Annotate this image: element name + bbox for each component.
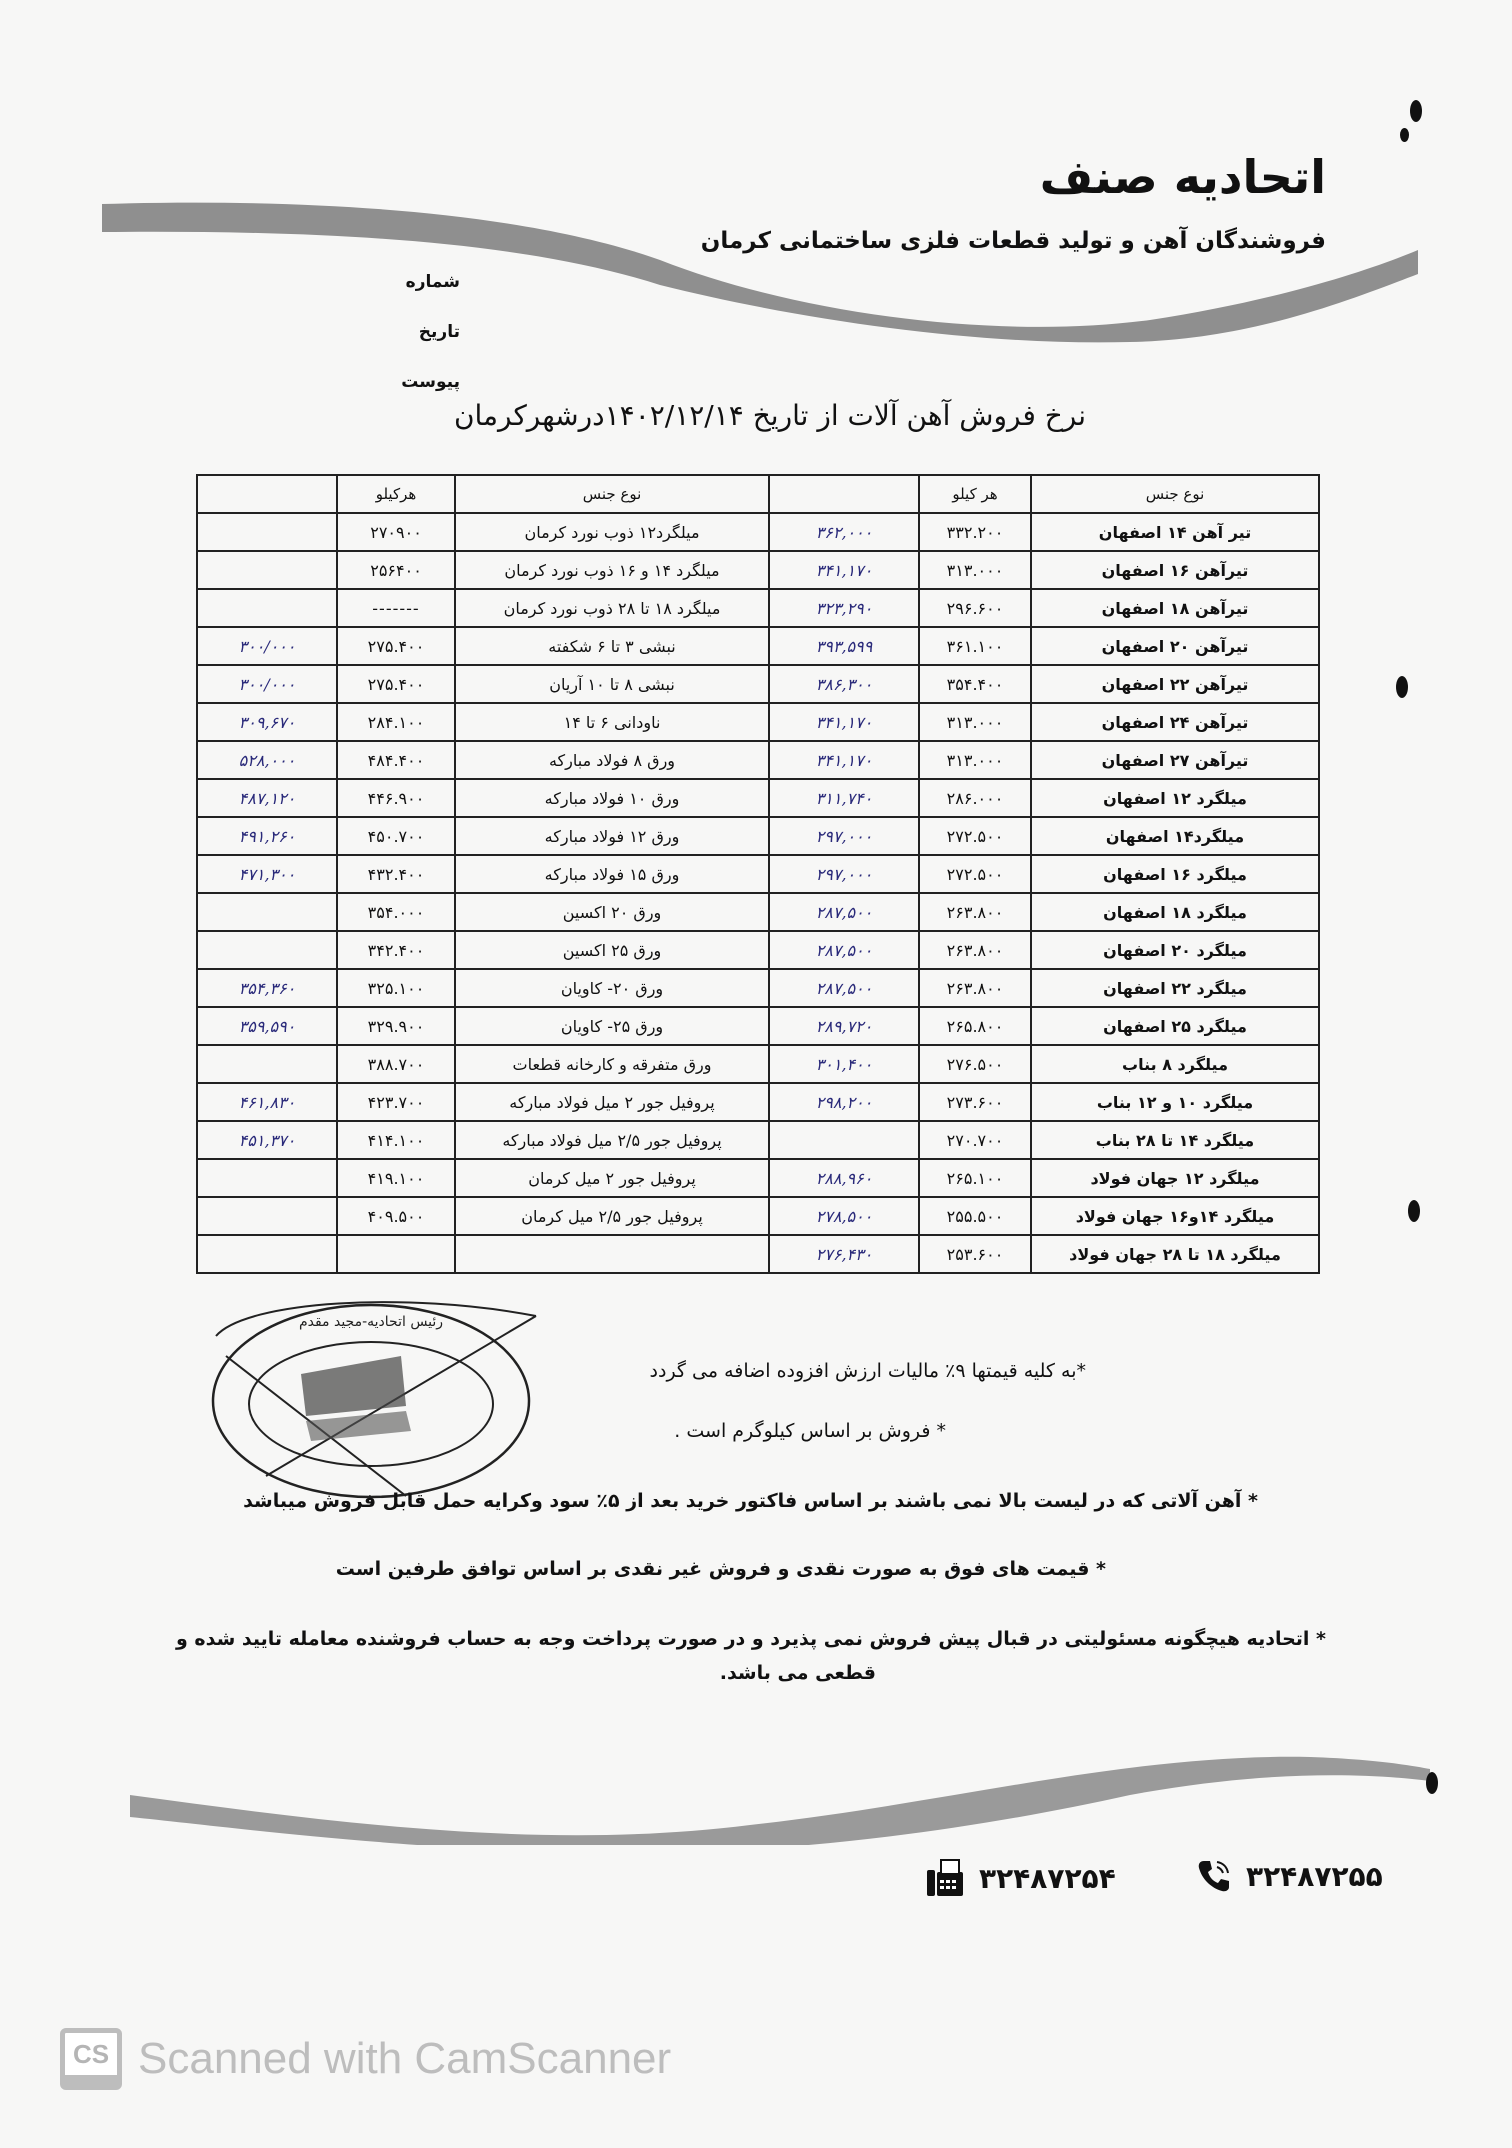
watermark-text: Scanned with CamScanner	[138, 2034, 671, 2084]
fax-number[interactable]: ۳۲۴۸۷۲۵۴	[979, 1862, 1116, 1895]
camscanner-watermark: CS Scanned with CamScanner	[60, 2028, 671, 2090]
per-kilo-price-cell: ۳۱۳.۰۰۰	[919, 703, 1031, 741]
table-row: میلگرد ۸ بناب۲۷۶.۵۰۰۳۰۱,۴۰۰ورق متفرقه و …	[197, 1045, 1319, 1083]
document-title: نرخ فروش آهن آلات از تاریخ ۱۴۰۲/۱۲/۱۴درش…	[420, 398, 1120, 434]
item-name-cell: میلگرد ۲۲ اصفهان	[1031, 969, 1319, 1007]
item-name-cell: تیرآهن ۲۰ اصفهان	[1031, 627, 1319, 665]
handwritten-price-cell: ۳۶۲,۰۰۰	[769, 513, 919, 551]
handwritten-price-cell: ۳۲۳,۲۹۰	[769, 589, 919, 627]
note-cash-prices: * قیمت های فوق به صورت نقدی و فروش غیر ن…	[336, 1558, 1106, 1580]
handwritten-price-cell: ۳۰۰/۰۰۰	[197, 665, 337, 703]
union-stamp: رئیس اتحادیه-مجید مقدم	[206, 1296, 546, 1506]
per-kilo-price-cell: ۲۵۵.۵۰۰	[919, 1197, 1031, 1235]
table-row: میلگرد ۲۵ اصفهان۲۶۵.۸۰۰۲۸۹,۷۲۰ورق ۲۵- کا…	[197, 1007, 1319, 1045]
item-name-cell: ورق متفرقه و کارخانه قطعات	[455, 1045, 769, 1083]
table-row: میلگرد ۱۴و۱۶ جهان فولاد۲۵۵.۵۰۰۲۷۸,۵۰۰پرو…	[197, 1197, 1319, 1235]
note-vat: *به کلیه قیمتها ۹٪ مالیات ارزش افزوده اض…	[650, 1360, 1086, 1382]
table-row: تیرآهن ۲۷ اصفهان۳۱۳.۰۰۰۳۴۱,۱۷۰ورق ۸ فولا…	[197, 741, 1319, 779]
item-name-cell: تیرآهن ۲۲ اصفهان	[1031, 665, 1319, 703]
col-header-per-kilo-left: هرکیلو	[337, 475, 455, 513]
handwritten-price-cell: ۳۵۹,۵۹۰	[197, 1007, 337, 1045]
item-name-cell: پروفیل جور ۲/۵ میل فولاد مبارکه	[455, 1121, 769, 1159]
col-header-handwritten-right	[769, 475, 919, 513]
per-kilo-price-cell: ۴۱۴.۱۰۰	[337, 1121, 455, 1159]
item-name-cell: میلگرد ۱۸ تا ۲۸ ذوب نورد کرمان	[455, 589, 769, 627]
table-row: میلگرد ۱۸ اصفهان۲۶۳.۸۰۰۲۸۷,۵۰۰ورق ۲۰ اکس…	[197, 893, 1319, 931]
item-name-cell: تیرآهن ۲۷ اصفهان	[1031, 741, 1319, 779]
phone-icon	[1196, 1858, 1232, 1894]
fax-icon	[925, 1858, 965, 1898]
handwritten-price-cell: ۲۷۶,۴۳۰	[769, 1235, 919, 1273]
item-name-cell: میلگرد ۱۴و۱۶ جهان فولاد	[1031, 1197, 1319, 1235]
handwritten-price-cell: ۳۹۳,۵۹۹	[769, 627, 919, 665]
handwritten-price-cell: ۲۹۷,۰۰۰	[769, 855, 919, 893]
handwritten-price-cell	[769, 1121, 919, 1159]
item-name-cell: ورق ۲۰ اکسین	[455, 893, 769, 931]
note-final-line: قطعی می باشد.	[720, 1662, 876, 1684]
per-kilo-price-cell: ۳۴۲.۴۰۰	[337, 931, 455, 969]
table-row: میلگرد ۱۶ اصفهان۲۷۲.۵۰۰۲۹۷,۰۰۰ورق ۱۵ فول…	[197, 855, 1319, 893]
handwritten-price-cell: ۳۰۹,۶۷۰	[197, 703, 337, 741]
item-name-cell: پروفیل جور ۲ میل فولاد مبارکه	[455, 1083, 769, 1121]
org-title: اتحادیه صنف	[1040, 150, 1326, 204]
per-kilo-price-cell: ۴۳۲.۴۰۰	[337, 855, 455, 893]
handwritten-price-cell: ۲۷۸,۵۰۰	[769, 1197, 919, 1235]
scanned-page: اتحادیه صنف فروشندگان آهن و تولید قطعات …	[0, 0, 1512, 2148]
per-kilo-price-cell: ۳۲۹.۹۰۰	[337, 1007, 455, 1045]
date-label: تاریخ	[350, 322, 460, 372]
phone-number[interactable]: ۳۲۴۸۷۲۵۵	[1246, 1860, 1383, 1893]
item-name-cell: تیرآهن ۱۶ اصفهان	[1031, 551, 1319, 589]
ink-mark	[1426, 1772, 1438, 1794]
handwritten-price-cell: ۵۲۸,۰۰۰	[197, 741, 337, 779]
handwritten-price-cell	[197, 589, 337, 627]
col-header-type-left: نوع جنس	[455, 475, 769, 513]
item-name-cell: ورق ۱۰ فولاد مبارکه	[455, 779, 769, 817]
number-label: شماره	[350, 272, 460, 322]
handwritten-price-cell	[197, 551, 337, 589]
ink-mark	[1410, 100, 1422, 122]
table-row: میلگرد ۱۰ و ۱۲ بناب۲۷۳.۶۰۰۲۹۸,۲۰۰پروفیل …	[197, 1083, 1319, 1121]
col-header-per-kilo-right: هر کیلو	[919, 475, 1031, 513]
per-kilo-price-cell: ۲۷۰۹۰۰	[337, 513, 455, 551]
per-kilo-price-cell: ۲۷۲.۵۰۰	[919, 855, 1031, 893]
ink-mark	[1396, 676, 1408, 698]
item-name-cell: پروفیل جور ۲/۵ میل کرمان	[455, 1197, 769, 1235]
note-unlisted-items: * آهن آلاتی که در لیست بالا نمی باشند بر…	[243, 1490, 1258, 1512]
per-kilo-price-cell: ۳۳۲.۲۰۰	[919, 513, 1031, 551]
item-name-cell: تیر آهن ۱۴ اصفهان	[1031, 513, 1319, 551]
table-header-row: نوع جنس هر کیلو نوع جنس هرکیلو	[197, 475, 1319, 513]
handwritten-price-cell	[197, 1235, 337, 1273]
per-kilo-price-cell: ۳۵۴.۴۰۰	[919, 665, 1031, 703]
per-kilo-price-cell: ۲۷۲.۵۰۰	[919, 817, 1031, 855]
per-kilo-price-cell: ۲۵۳.۶۰۰	[919, 1235, 1031, 1273]
table-row: میلگرد ۱۲ اصفهان۲۸۶.۰۰۰۳۱۱,۷۴۰ورق ۱۰ فول…	[197, 779, 1319, 817]
per-kilo-price-cell: ۲۶۵.۱۰۰	[919, 1159, 1031, 1197]
per-kilo-price-cell	[337, 1235, 455, 1273]
item-name-cell: میلگرد ۲۵ اصفهان	[1031, 1007, 1319, 1045]
item-name-cell: میلگرد۱۲ ذوب نورد کرمان	[455, 513, 769, 551]
item-name-cell: ورق ۸ فولاد مبارکه	[455, 741, 769, 779]
per-kilo-price-cell: ۴۴۶.۹۰۰	[337, 779, 455, 817]
handwritten-price-cell: ۴۸۷,۱۲۰	[197, 779, 337, 817]
phone-contact: ۳۲۴۸۷۲۵۵	[1196, 1858, 1383, 1894]
item-name-cell: نبشی ۳ تا ۶ شکفته	[455, 627, 769, 665]
fax-contact: ۳۲۴۸۷۲۵۴	[925, 1858, 1116, 1898]
handwritten-price-cell: ۲۸۷,۵۰۰	[769, 931, 919, 969]
price-table: نوع جنس هر کیلو نوع جنس هرکیلو تیر آهن ۱…	[196, 474, 1320, 1274]
handwritten-price-cell: ۳۴۱,۱۷۰	[769, 551, 919, 589]
table-row: تیرآهن ۱۶ اصفهان۳۱۳.۰۰۰۳۴۱,۱۷۰میلگرد ۱۴ …	[197, 551, 1319, 589]
handwritten-price-cell	[197, 1045, 337, 1083]
per-kilo-price-cell: ۲۷۳.۶۰۰	[919, 1083, 1031, 1121]
svg-text:رئیس اتحادیه-مجید مقدم: رئیس اتحادیه-مجید مقدم	[299, 1314, 443, 1330]
per-kilo-price-cell: ۳۸۸.۷۰۰	[337, 1045, 455, 1083]
handwritten-price-cell: ۳۰۱,۴۰۰	[769, 1045, 919, 1083]
item-name-cell: میلگرد ۱۲ جهان فولاد	[1031, 1159, 1319, 1197]
item-name-cell: میلگرد ۱۰ و ۱۲ بناب	[1031, 1083, 1319, 1121]
handwritten-price-cell: ۳۴۱,۱۷۰	[769, 741, 919, 779]
table-row: میلگرد۱۴ اصفهان۲۷۲.۵۰۰۲۹۷,۰۰۰ورق ۱۲ فولا…	[197, 817, 1319, 855]
item-name-cell: نبشی ۸ تا ۱۰ آریان	[455, 665, 769, 703]
item-name-cell: میلگرد ۱۸ اصفهان	[1031, 893, 1319, 931]
handwritten-price-cell: ۴۶۱,۸۳۰	[197, 1083, 337, 1121]
item-name-cell: پروفیل جور ۲ میل کرمان	[455, 1159, 769, 1197]
note-per-kilogram: * فروش بر اساس کیلوگرم است .	[674, 1420, 946, 1442]
table-row: میلگرد ۲۰ اصفهان۲۶۳.۸۰۰۲۸۷,۵۰۰ورق ۲۵ اکس…	[197, 931, 1319, 969]
per-kilo-price-cell: ۴۰۹.۵۰۰	[337, 1197, 455, 1235]
per-kilo-price-cell: ۳۵۴.۰۰۰	[337, 893, 455, 931]
per-kilo-price-cell: ۲۶۳.۸۰۰	[919, 969, 1031, 1007]
item-name-cell: ورق ۲۰- کاویان	[455, 969, 769, 1007]
handwritten-price-cell: ۲۸۷,۵۰۰	[769, 969, 919, 1007]
per-kilo-price-cell: ۳۶۱.۱۰۰	[919, 627, 1031, 665]
per-kilo-price-cell: ۲۶۳.۸۰۰	[919, 893, 1031, 931]
per-kilo-price-cell: ۲۷۵.۴۰۰	[337, 665, 455, 703]
item-name-cell: ورق ۱۲ فولاد مبارکه	[455, 817, 769, 855]
handwritten-price-cell	[197, 893, 337, 931]
handwritten-price-cell: ۲۹۷,۰۰۰	[769, 817, 919, 855]
header-swoosh	[100, 190, 1420, 350]
item-name-cell: میلگرد۱۴ اصفهان	[1031, 817, 1319, 855]
handwritten-price-cell: ۳۰۰/۰۰۰	[197, 627, 337, 665]
per-kilo-price-cell: ۲۷۵.۴۰۰	[337, 627, 455, 665]
table-row: تیرآهن ۲۲ اصفهان۳۵۴.۴۰۰۳۸۶,۳۰۰نبشی ۸ تا …	[197, 665, 1319, 703]
footer-swoosh	[130, 1755, 1430, 1845]
item-name-cell: میلگرد ۱۶ اصفهان	[1031, 855, 1319, 893]
item-name-cell: تیرآهن ۲۴ اصفهان	[1031, 703, 1319, 741]
table-row: میلگرد ۲۲ اصفهان۲۶۳.۸۰۰۲۸۷,۵۰۰ورق ۲۰- کا…	[197, 969, 1319, 1007]
handwritten-price-cell: ۲۸۷,۵۰۰	[769, 893, 919, 931]
per-kilo-price-cell: ۲۸۴.۱۰۰	[337, 703, 455, 741]
table-row: تیر آهن ۱۴ اصفهان۳۳۲.۲۰۰۳۶۲,۰۰۰میلگرد۱۲ …	[197, 513, 1319, 551]
table-row: میلگرد ۱۴ تا ۲۸ بناب۲۷۰.۷۰۰پروفیل جور ۲/…	[197, 1121, 1319, 1159]
item-name-cell	[455, 1235, 769, 1273]
handwritten-price-cell: ۴۵۱,۳۷۰	[197, 1121, 337, 1159]
per-kilo-price-cell: ۴۱۹.۱۰۰	[337, 1159, 455, 1197]
per-kilo-price-cell: ۴۵۰.۷۰۰	[337, 817, 455, 855]
item-name-cell: میلگرد ۸ بناب	[1031, 1045, 1319, 1083]
ink-mark	[1400, 128, 1409, 142]
handwritten-price-cell: ۳۴۱,۱۷۰	[769, 703, 919, 741]
item-name-cell: ورق ۱۵ فولاد مبارکه	[455, 855, 769, 893]
ink-mark	[1408, 1200, 1420, 1222]
item-name-cell: میلگرد ۲۰ اصفهان	[1031, 931, 1319, 969]
handwritten-price-cell: ۳۸۶,۳۰۰	[769, 665, 919, 703]
per-kilo-price-cell: ۲۶۳.۸۰۰	[919, 931, 1031, 969]
item-name-cell: میلگرد ۱۲ اصفهان	[1031, 779, 1319, 817]
table-row: تیرآهن ۲۰ اصفهان۳۶۱.۱۰۰۳۹۳,۵۹۹نبشی ۳ تا …	[197, 627, 1319, 665]
handwritten-price-cell: ۴۷۱,۳۰۰	[197, 855, 337, 893]
per-kilo-price-cell: ۴۲۳.۷۰۰	[337, 1083, 455, 1121]
handwritten-price-cell: ۲۸۹,۷۲۰	[769, 1007, 919, 1045]
per-kilo-price-cell: ۴۸۴.۴۰۰	[337, 741, 455, 779]
per-kilo-price-cell: -------	[337, 589, 455, 627]
per-kilo-price-cell: ۳۱۳.۰۰۰	[919, 551, 1031, 589]
table-row: تیرآهن ۲۴ اصفهان۳۱۳.۰۰۰۳۴۱,۱۷۰ناودانی ۶ …	[197, 703, 1319, 741]
item-name-cell: میلگرد ۱۴ و ۱۶ ذوب نورد کرمان	[455, 551, 769, 589]
handwritten-price-cell: ۳۱۱,۷۴۰	[769, 779, 919, 817]
org-subtitle: فروشندگان آهن و تولید قطعات فلزی ساختمان…	[701, 228, 1326, 254]
per-kilo-price-cell: ۲۵۶۴۰۰	[337, 551, 455, 589]
item-name-cell: تیرآهن ۱۸ اصفهان	[1031, 589, 1319, 627]
table-row: تیرآهن ۱۸ اصفهان۲۹۶.۶۰۰۳۲۳,۲۹۰میلگرد ۱۸ …	[197, 589, 1319, 627]
item-name-cell: ورق ۲۵ اکسین	[455, 931, 769, 969]
per-kilo-price-cell: ۲۶۵.۸۰۰	[919, 1007, 1031, 1045]
handwritten-price-cell: ۲۹۸,۲۰۰	[769, 1083, 919, 1121]
col-header-type-right: نوع جنس	[1031, 475, 1319, 513]
handwritten-price-cell: ۲۸۸,۹۶۰	[769, 1159, 919, 1197]
handwritten-price-cell	[197, 1159, 337, 1197]
table-row: میلگرد ۱۲ جهان فولاد۲۶۵.۱۰۰۲۸۸,۹۶۰پروفیل…	[197, 1159, 1319, 1197]
item-name-cell: ناودانی ۶ تا ۱۴	[455, 703, 769, 741]
per-kilo-price-cell: ۲۹۶.۶۰۰	[919, 589, 1031, 627]
table-row: میلگرد ۱۸ تا ۲۸ جهان فولاد۲۵۳.۶۰۰۲۷۶,۴۳۰	[197, 1235, 1319, 1273]
item-name-cell: میلگرد ۱۴ تا ۲۸ بناب	[1031, 1121, 1319, 1159]
per-kilo-price-cell: ۲۷۰.۷۰۰	[919, 1121, 1031, 1159]
per-kilo-price-cell: ۳۲۵.۱۰۰	[337, 969, 455, 1007]
item-name-cell: ورق ۲۵- کاویان	[455, 1007, 769, 1045]
per-kilo-price-cell: ۲۷۶.۵۰۰	[919, 1045, 1031, 1083]
note-presale-liability: * اتحادیه هیچگونه مسئولیتی در قبال پیش ف…	[176, 1628, 1326, 1650]
per-kilo-price-cell: ۳۱۳.۰۰۰	[919, 741, 1031, 779]
handwritten-price-cell	[197, 931, 337, 969]
handwritten-price-cell	[197, 1197, 337, 1235]
handwritten-price-cell	[197, 513, 337, 551]
item-name-cell: میلگرد ۱۸ تا ۲۸ جهان فولاد	[1031, 1235, 1319, 1273]
per-kilo-price-cell: ۲۸۶.۰۰۰	[919, 779, 1031, 817]
camscanner-logo-icon: CS	[60, 2028, 122, 2090]
handwritten-price-cell: ۴۹۱,۲۶۰	[197, 817, 337, 855]
col-header-handwritten-left	[197, 475, 337, 513]
handwritten-price-cell: ۳۵۴,۳۶۰	[197, 969, 337, 1007]
